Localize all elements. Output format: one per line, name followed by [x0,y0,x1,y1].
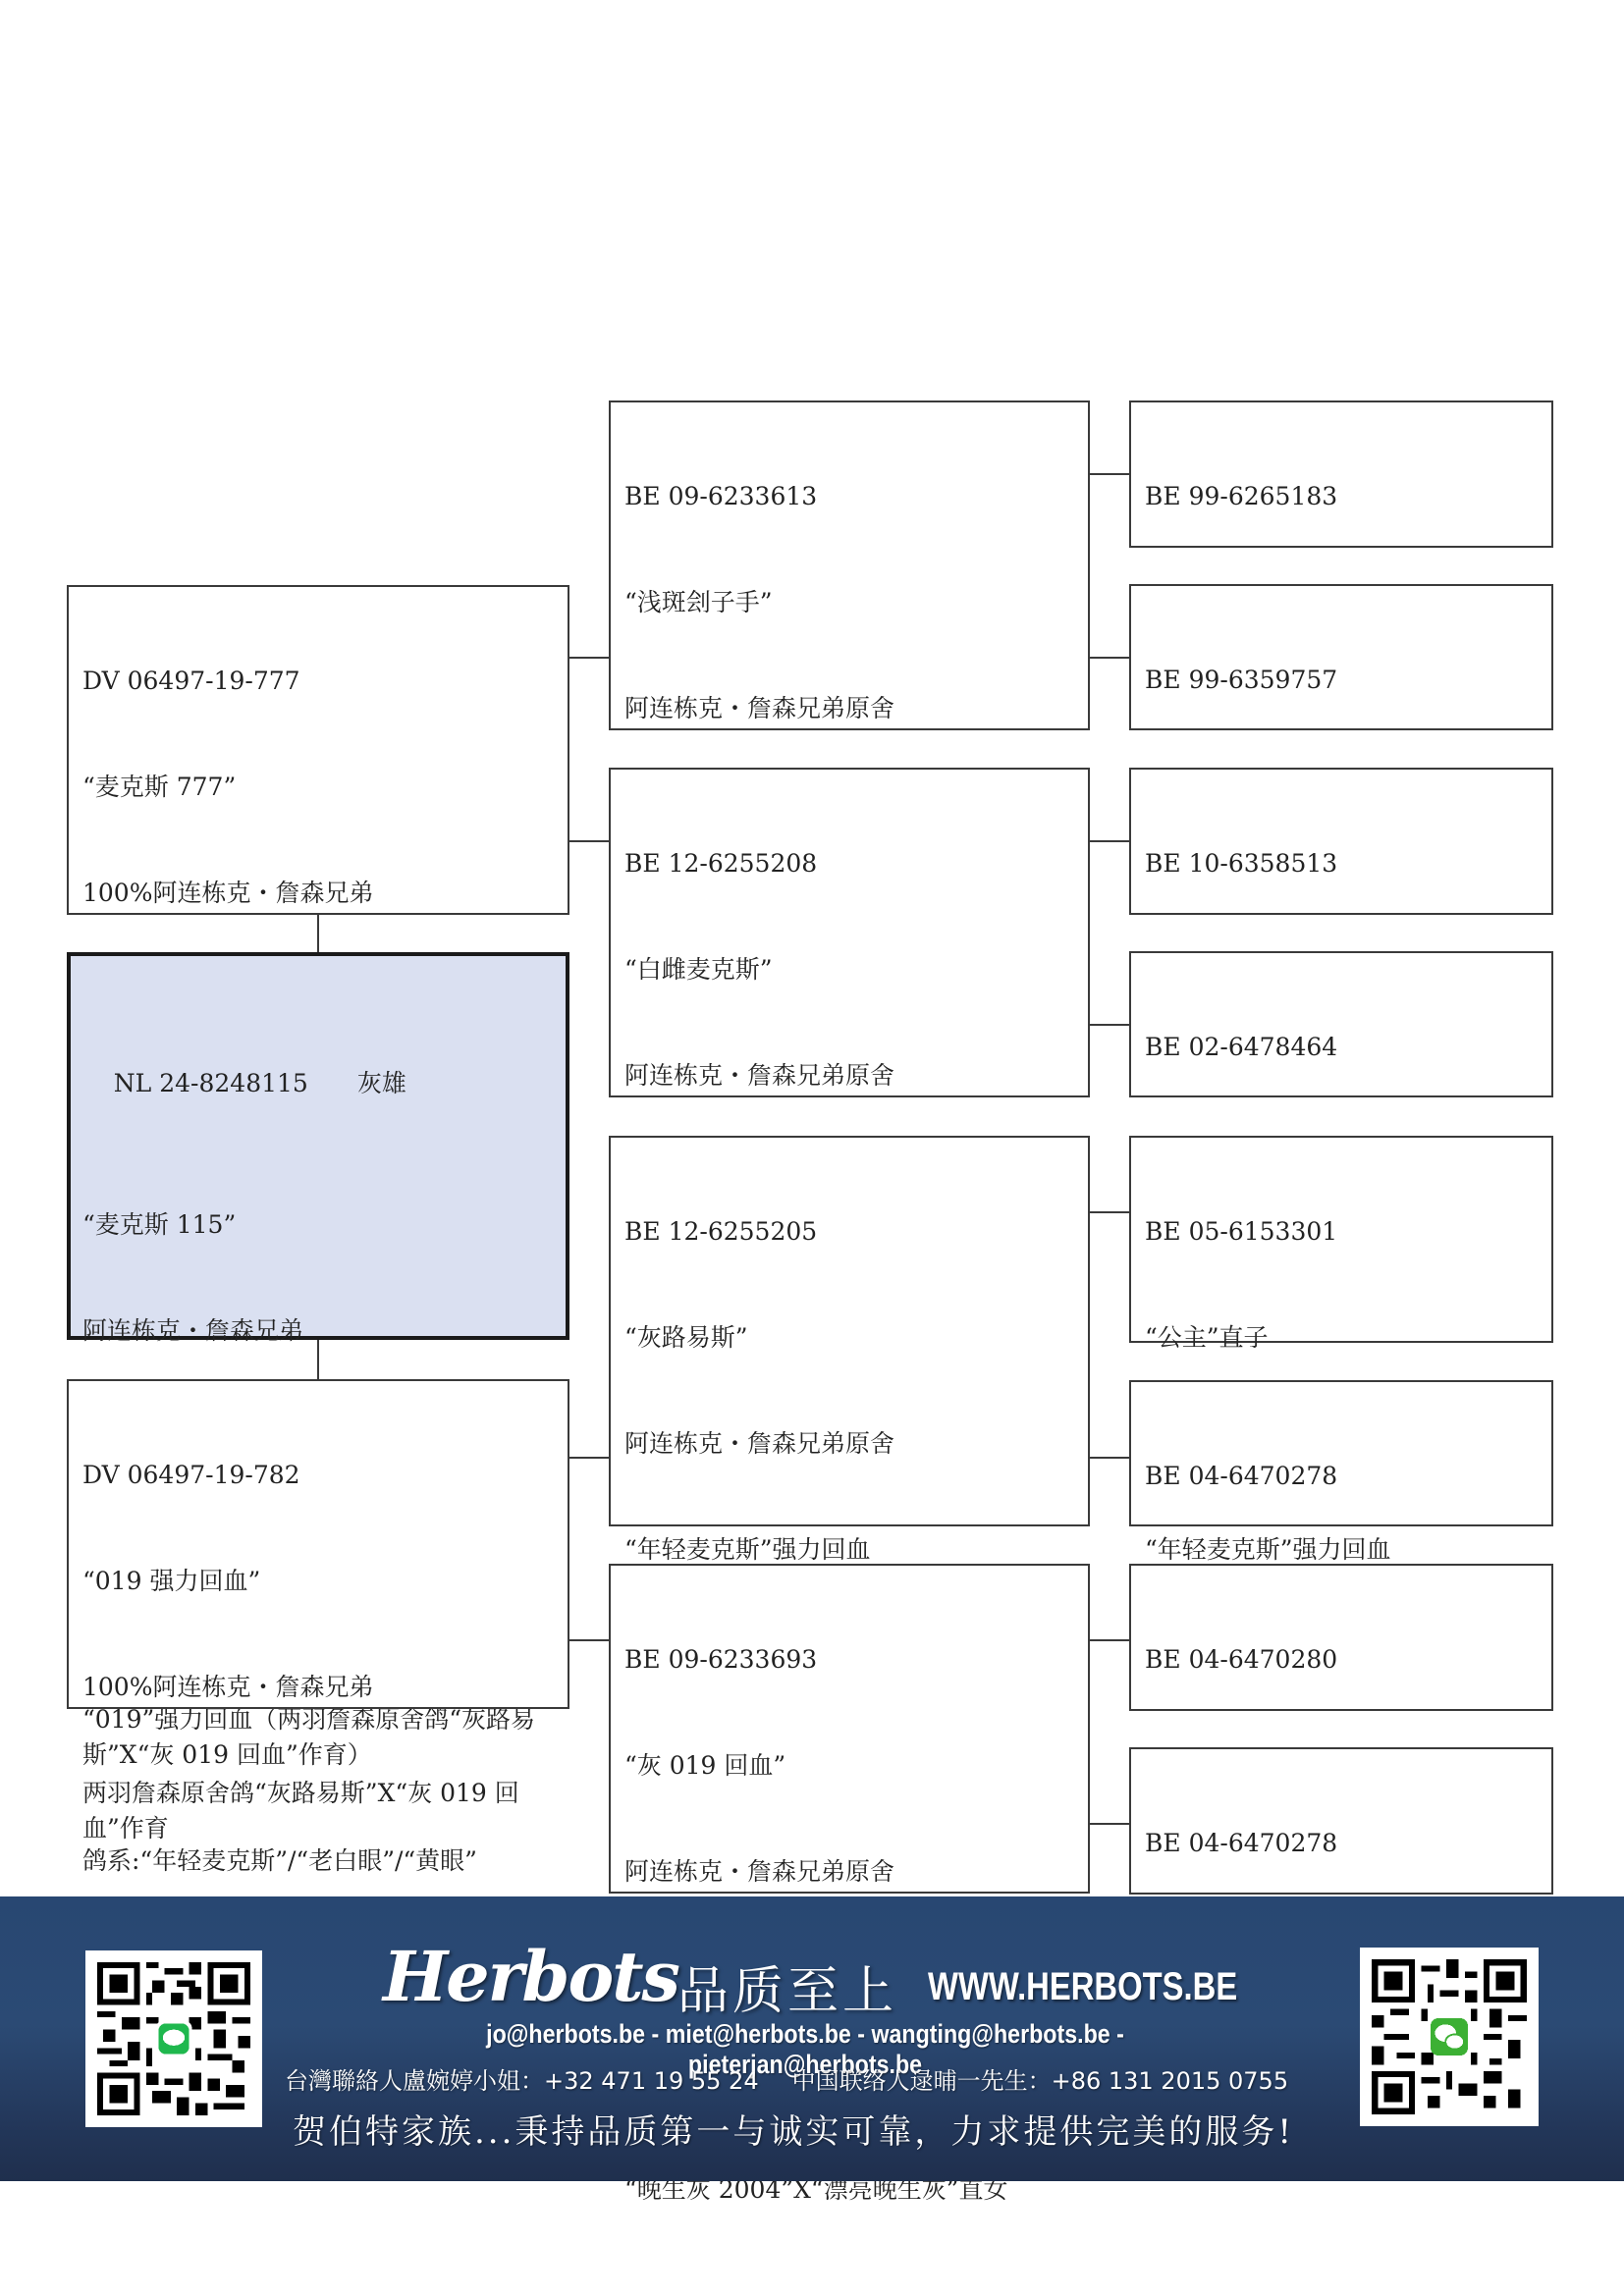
ggp5-name: “公主”直子 [1145,1320,1538,1356]
gp3-ring: BE 12-6255205 [624,1214,1074,1250]
ggp4-ring: BE 02-6478464 [1145,1030,1538,1065]
connector-gp1-ggp2 [1090,657,1129,659]
connector-gp3-ggp5 [1090,1211,1129,1213]
ggp1-ring: BE 99-6265183 [1145,479,1538,514]
ggp5-ring: BE 05-6153301 [1145,1214,1538,1250]
qr-pattern-icon [1372,1959,1527,2114]
subject-name: “麦克斯 115” [82,1207,554,1243]
gp4-breeder: 阿连栋克・詹森兄弟原舍 [624,1854,1074,1890]
subject-sex-color: 灰雄 [357,1069,406,1097]
brand-row: Herbots 品质至上 WWW.HERBOTS.BE [383,1936,1267,2014]
grandparent-card-1: BE 09-6233613 “浅斑刽子手” 阿连栋克・詹森兄弟原舍 “019”/… [609,400,1090,730]
herbots-logo: Herbots [383,1936,678,2017]
contact-china: 中国联络人逯晡一先生：+86 131 2015 0755 [792,2061,1289,2096]
gp1-breeder: 阿连栋克・詹森兄弟原舍 [624,691,1074,726]
connector-gp4-ggp8 [1090,1823,1129,1825]
grandparent-card-2: BE 12-6255208 “白雌麦克斯” 阿连栋克・詹森兄弟原舍 “斑林克斯”… [609,768,1090,1097]
dam-name: “019 强力回血” [82,1564,554,1599]
website-link[interactable]: WWW.HERBOTS.BE [928,1965,1237,2009]
connector-gp2-ggp4 [1090,1024,1129,1026]
ggp7-ring: BE 04-6470280 [1145,1642,1538,1678]
sire-name: “麦克斯 777” [82,770,554,805]
great-grandparent-card-2: BE 99-6359757 “斑伟大号” 阿连栋克・詹森兄弟 [1129,584,1553,730]
great-grandparent-card-6: BE 04-6470278 “漂亮晚生灰” 阿连栋克・詹森兄弟 “019”强力回… [1129,1380,1553,1526]
footer-banner: Herbots 品质至上 WWW.HERBOTS.BE jo@herbots.b… [0,1896,1624,2181]
subject-card: NL 24-8248115灰雄 “麦克斯 115” 阿连栋克・詹森兄弟 “麦克斯… [67,952,569,1340]
subject-header: NL 24-8248115灰雄 [82,1031,554,1137]
sire-ring: DV 06497-19-777 [82,664,554,699]
contact-taiwan: 台灣聯絡人盧婉婷小姐：+32 471 19 55 24 [285,2061,759,2096]
great-grandparent-card-4: BE 02-6478464 “小浅斑” 阿连栋克・詹森兄弟 [1129,951,1553,1097]
subject-ring: NL 24-8248115 [114,1069,308,1097]
family-motto: 贺伯特家族...秉持品质第一与诚实可靠，力求提供完美的服务! [293,2105,1294,2153]
gp2-name: “白雌麦克斯” [624,952,1074,988]
great-grandparent-card-1: BE 99-6265183 “浅斑刽子手” 阿连栋克・詹森兄弟 父亲是“年轻麦克… [1129,400,1553,548]
connector-gp4-ggp7 [1090,1639,1129,1641]
ggp8-ring: BE 04-6470278 [1145,1826,1538,1861]
qr-pattern-icon [97,1962,250,2115]
gp3-breeder: 阿连栋克・詹森兄弟原舍 [624,1426,1074,1462]
connector-gp3-ggp6 [1090,1457,1129,1459]
gp1-name: “浅斑刽子手” [624,585,1074,620]
great-grandparent-card-3: BE 10-6358513 “斑林克斯” 阿连栋克・詹森兄弟 “漂亮红狐 200… [1129,768,1553,915]
gp3-name: “灰路易斯” [624,1320,1074,1356]
ggp3-ring: BE 10-6358513 [1145,846,1538,881]
sire-breeder: 100%阿连栋克・詹森兄弟 [82,876,554,911]
gp3-blood: “年轻麦克斯”强力回血 [624,1532,1074,1568]
line-qr-code[interactable] [85,1950,262,2127]
ggp2-ring: BE 99-6359757 [1145,663,1538,698]
connector-dam-gp3 [569,1457,609,1459]
connector-dam-gp4 [569,1639,609,1641]
gp4-name: “灰 019 回血” [624,1748,1074,1784]
connector-gp1-ggp1 [1090,473,1129,475]
dam-breeder: 100%阿连栋克・詹森兄弟 [82,1670,554,1705]
dam-card: DV 06497-19-782 “019 强力回血” 100%阿连栋克・詹森兄弟… [67,1379,569,1709]
connector-sire-gp1 [569,657,609,659]
contact-phones: 台灣聯絡人盧婉婷小姐：+32 471 19 55 24中国联络人逯晡一先生：+8… [285,2061,1335,2096]
ggp6-ring: BE 04-6470278 [1145,1459,1538,1494]
gp2-breeder: 阿连栋克・詹森兄弟原舍 [624,1058,1074,1094]
dam-ring: DV 06497-19-782 [82,1458,554,1493]
subject-breeder: 阿连栋克・詹森兄弟 [82,1313,554,1349]
gp2-ring: BE 12-6255208 [624,846,1074,881]
brand-slogan: 品质至上 [677,1949,897,2023]
connector-gp2-ggp3 [1090,840,1129,842]
great-grandparent-card-7: BE 04-6470280 “晚生灰 04” 阿连栋克・詹森兄弟原 “019”强… [1129,1564,1553,1711]
grandparent-card-3: BE 12-6255205 “灰路易斯” 阿连栋克・詹森兄弟原舍 “年轻麦克斯”… [609,1136,1090,1526]
grandparent-card-4: BE 09-6233693 “灰 019 回血” 阿连栋克・詹森兄弟原舍 “老白… [609,1564,1090,1894]
gp1-ring: BE 09-6233613 [624,479,1074,514]
wechat-qr-code[interactable] [1360,1948,1539,2126]
connector-sire-gp2 [569,840,609,842]
great-grandparent-card-5: BE 05-6153301 “公主”直子 阿连栋克・詹森兄弟 “年轻麦克斯”强力… [1129,1136,1553,1343]
gp4-ring: BE 09-6233693 [624,1642,1074,1678]
great-grandparent-card-8: BE 04-6470278 “漂亮晚生灰” 阿连栋克・詹森兄弟原舍 “019”强… [1129,1747,1553,1895]
sire-card: DV 06497-19-777 “麦克斯 777” 100%阿连栋克・詹森兄弟 … [67,585,569,915]
dam-origin: 两羽詹森原舍鸽“灰路易斯”X“灰 019 回血”作育 [82,1776,554,1846]
